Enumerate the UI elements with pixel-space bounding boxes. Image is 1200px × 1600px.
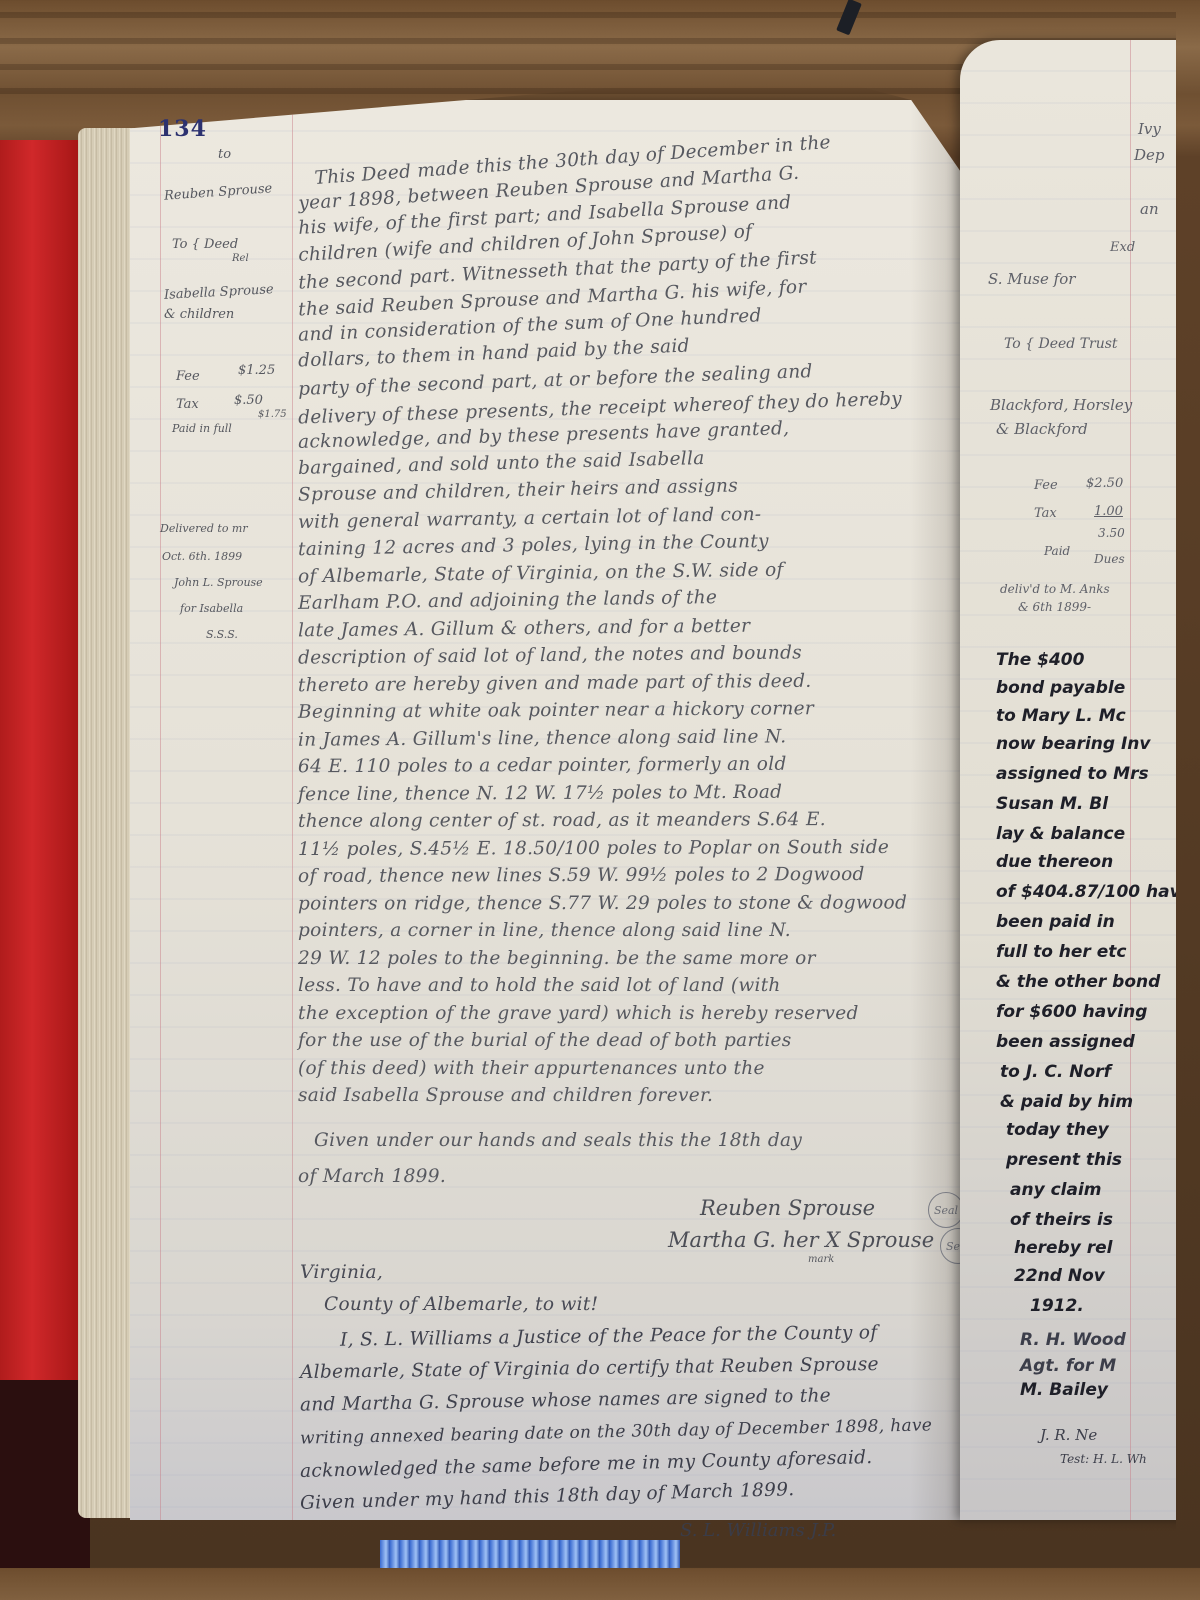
deed-line: said Isabella Sprouse and children forev… (298, 1085, 713, 1106)
entry-paid-value: Dues (1094, 552, 1125, 566)
release-line: present this (1006, 1150, 1122, 1170)
deed-type: To { Deed (172, 236, 238, 254)
entry-grantee-2: & Blackford (996, 420, 1088, 438)
deed-line: Given under our hands and seals this the… (314, 1130, 802, 1151)
index-mark: to (218, 146, 231, 164)
entry-fee-value: $2.50 (1086, 476, 1123, 491)
release-line: been assigned (996, 1032, 1135, 1052)
deed-line: thence along center of st. road, as it m… (298, 809, 826, 832)
entry-fee-label: Fee (1034, 478, 1058, 493)
release-line: Susan M. Bl (996, 794, 1108, 814)
entry-tax-value: 1.00 (1094, 504, 1123, 519)
deed-line: Beginning at white oak pointer near a hi… (298, 698, 814, 723)
release-line: any claim (1010, 1180, 1102, 1200)
margin-line (160, 100, 161, 1520)
release-line: now bearing Inv (996, 734, 1151, 754)
deed-line: pointers on ridge, thence S.77 W. 29 pol… (298, 892, 907, 914)
fee-label: Fee (176, 368, 200, 386)
deed-line: late James A. Gillum & others, and for a… (298, 615, 750, 641)
release-line: The $400 (996, 650, 1084, 670)
entry-tax-label: Tax (1034, 506, 1057, 521)
entry-delivered: deliv'd to M. Anks (1000, 582, 1110, 596)
ack-state: Virginia, (300, 1262, 383, 1283)
entry-paid-label: Paid (1044, 544, 1070, 558)
entry-delivered-date: & 6th 1899- (1018, 600, 1091, 614)
deed-line: thereto are hereby given and made part o… (298, 670, 812, 695)
page-edges (78, 128, 138, 1518)
delivery-note: John L. Sprouse (174, 574, 263, 592)
page-fragment: an (1140, 200, 1159, 218)
release-line: full to her etc (996, 942, 1126, 962)
paid-label: Paid in full (172, 420, 232, 438)
seal-circle: Seal (928, 1192, 964, 1228)
deed-line: less. To have and to hold the said lot o… (298, 975, 781, 996)
release-signer: M. Bailey (1020, 1380, 1108, 1400)
release-line: hereby rel (1014, 1238, 1112, 1258)
delivery-note: Delivered to mr (160, 520, 248, 538)
entry-total: 3.50 (1098, 526, 1125, 540)
entry-extra: Exd (1110, 240, 1135, 255)
deed-line: (of this deed) with their appurtenances … (298, 1058, 765, 1079)
deed-line: 29 W. 12 poles to the beginning. be the … (298, 948, 816, 969)
margin-line (292, 100, 293, 1520)
release-year: 1912. (1030, 1296, 1084, 1316)
tax-label: Tax (176, 396, 199, 414)
ack-county: County of Albemarle, to wit! (324, 1294, 598, 1315)
release-signer: Agt. for M (1020, 1356, 1116, 1376)
release-line: been paid in (996, 912, 1115, 932)
release-line: to Mary L. Mc (996, 706, 1126, 726)
release-line: for $600 having (996, 1002, 1147, 1022)
page-fragment: Ivy (1138, 120, 1161, 138)
entry-grantee: Blackford, Horsley (990, 396, 1132, 414)
release-line: & the other bond (996, 972, 1160, 992)
release-date: 22nd Nov (1014, 1266, 1105, 1286)
deed-line: in James A. Gillum's line, thence along … (298, 726, 787, 750)
release-line: to J. C. Norf (1000, 1062, 1111, 1082)
delivery-note: S.S.S. (206, 626, 238, 644)
red-binder (0, 140, 80, 1500)
release-line: today they (1006, 1120, 1109, 1140)
deed-abbrev: Rel (232, 250, 249, 268)
justice-signature: S. L. Williams J.P. (680, 1520, 836, 1541)
bottom-note: J. R. Ne (1040, 1426, 1097, 1444)
release-line: due thereon (996, 852, 1113, 872)
page-number: 134 (158, 116, 207, 142)
deed-line: 11½ poles, S.45½ E. 18.50/100 poles to P… (298, 836, 889, 859)
release-line: of $404.87/100 having (996, 882, 1176, 902)
release-signer: R. H. Wood (1020, 1330, 1126, 1350)
blue-cloth (380, 1540, 680, 1568)
signature-reuben: Reuben Sprouse (700, 1196, 875, 1220)
bottom-note: Test: H. L. Wh (1060, 1452, 1147, 1466)
deed-line: the exception of the grave yard) which i… (298, 1003, 859, 1024)
release-line: assigned to Mrs (996, 764, 1149, 784)
signature-martha: Martha G. her X Sprouse (668, 1228, 934, 1252)
deed-line: pointers, a corner in line, thence along… (298, 920, 791, 941)
desk-grain (0, 12, 1176, 18)
release-line: & paid by him (1000, 1092, 1133, 1112)
release-line: bond payable (996, 678, 1125, 698)
entry-grantor: S. Muse for (988, 270, 1075, 288)
binder-shadow (0, 1380, 90, 1568)
delivery-note: Oct. 6th. 1899 (162, 548, 242, 566)
entry-deed-type: To { Deed Trust (1004, 336, 1118, 352)
release-line: of theirs is (1010, 1210, 1113, 1230)
deed-line: for the use of the burial of the dead of… (298, 1030, 792, 1051)
deed-line: of road, thence new lines S.59 W. 99½ po… (298, 864, 865, 887)
release-line: lay & balance (996, 824, 1125, 844)
deed-line: of March 1899. (298, 1166, 446, 1187)
grantee-children: & children (164, 306, 234, 324)
mark-label: mark (808, 1254, 834, 1265)
delivery-note: for Isabella (180, 600, 243, 618)
deed-line: 64 E. 110 poles to a cedar pointer, form… (298, 754, 787, 778)
fee-value: $1.25 (238, 362, 275, 380)
tax-total: $1.75 (258, 406, 287, 424)
deed-line: fence line, thence N. 12 W. 17½ poles to… (298, 781, 782, 805)
page-fragment: Dep (1134, 146, 1165, 164)
